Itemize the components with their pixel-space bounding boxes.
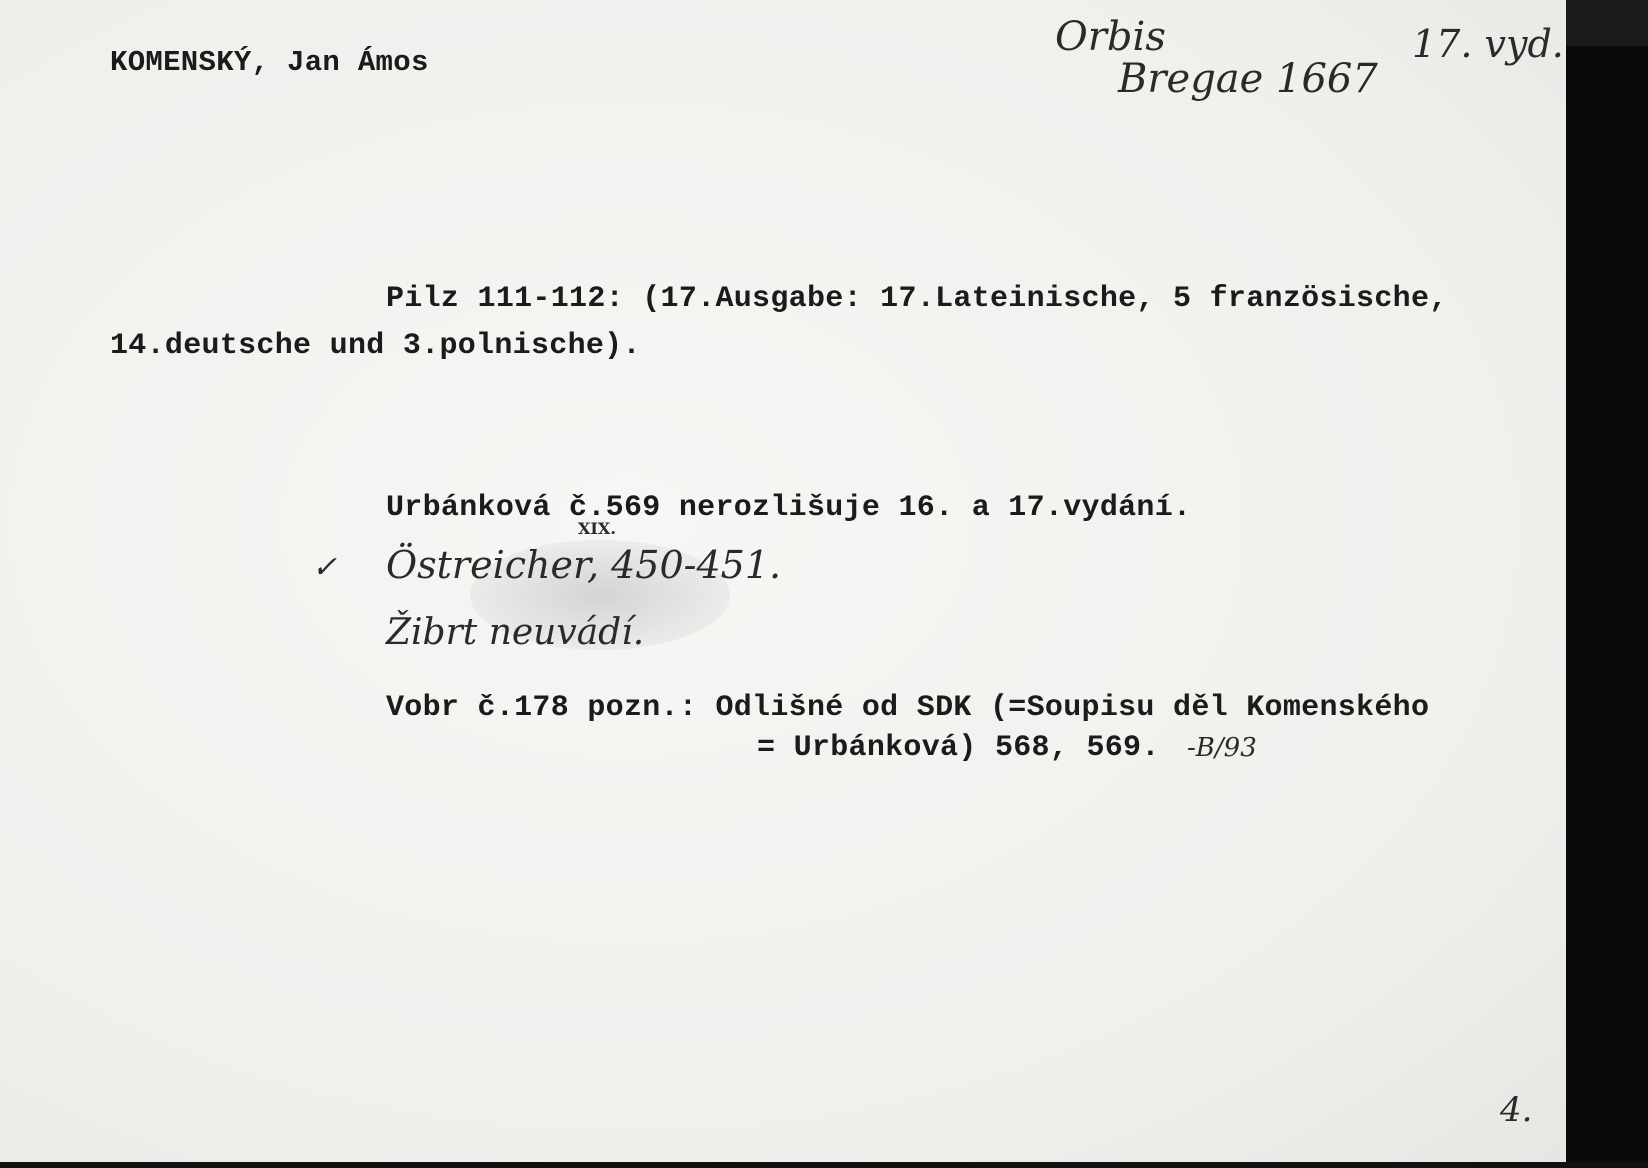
zibrt-line: Žibrt neuvádí. (386, 612, 644, 653)
vobr-line-1: Vobr č.178 pozn.: Odlišné od SDK (=Soupi… (386, 691, 1429, 725)
check-mark-icon: ✓ (312, 550, 337, 585)
card-number: 4. (1500, 1090, 1532, 1130)
vobr-initials: -B/93 (1187, 733, 1257, 763)
pilz-line-1: Pilz 111-112: (17.Ausgabe: 17.Lateinisch… (386, 282, 1448, 316)
pilz-line-2: 14.deutsche und 3.polnische). (110, 329, 641, 363)
urbankova-line: Urbánková č.569 nerozlišuje 16. a 17.vyd… (386, 491, 1191, 525)
catalog-card: KOMENSKÝ, Jan Ámos Orbis Bregae 1667 17.… (0, 0, 1566, 1162)
card-heading: KOMENSKÝ, Jan Ámos (110, 46, 429, 79)
scan-border-right (1566, 0, 1648, 1168)
urbankova-annotation: XIX. (578, 519, 616, 538)
scan-border-bottom (0, 1162, 1648, 1168)
handwritten-title: Orbis (1055, 14, 1166, 60)
handwritten-edition: 17. vyd. (1412, 22, 1564, 66)
vobr-line-2: = Urbánková) 568, 569. (757, 731, 1160, 765)
oestreicher-line: Östreicher, 450-451. (386, 543, 781, 587)
handwritten-place-year: Bregae 1667 (1118, 56, 1378, 102)
